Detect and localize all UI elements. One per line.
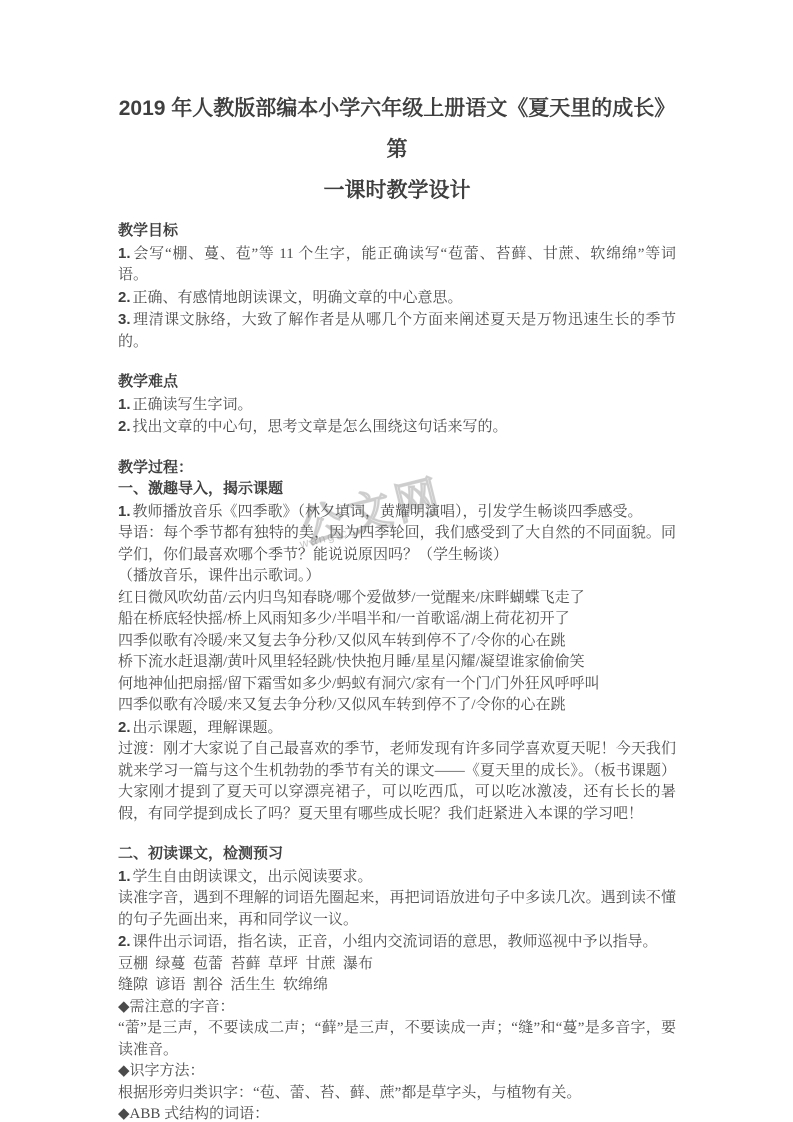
part2-heading: 二、初读课文，检测预习 <box>118 844 676 866</box>
list-number: 2. <box>118 719 131 736</box>
goal-item: 1.会写“棚、蔓、苞”等 11 个生字，能正确读写“苞蕾、苔藓、甘蔗、软绵绵”等… <box>118 243 676 287</box>
part2-item2: 2.课件出示词语，指名读，正音，小组内交流词语的意思，教师巡视中予以指导。 <box>118 931 676 954</box>
goals-heading: 教学目标 <box>118 221 676 243</box>
goal-text: 会写“棚、蔓、苞”等 11 个生字，能正确读写“苞蕾、苔藓、甘蔗、软绵绵”等词语… <box>118 246 676 284</box>
list-number: 3. <box>118 311 131 328</box>
lyric-line: 船在桥底轻快摇/桥上风雨知多少/半唱半和/一首歌谣/湖上荷花初开了 <box>118 609 676 631</box>
literacy-method-heading: ◆识字方法： <box>118 1061 676 1083</box>
pronunciation-note: “蕾”是三声，不要读成二声；“藓”是三声，不要读成一声；“缝”和“蔓”是多音字，… <box>118 1018 676 1061</box>
list-number: 1. <box>118 396 131 413</box>
title-line-2: 一课时教学设计 <box>118 170 676 211</box>
goal-text: 理清课文脉络，大致了解作者是从哪几个方面来阐述夏天是万物迅速生长的季节的。 <box>118 312 676 350</box>
part1-item1-text: 教师播放音乐《四季歌》（林夕填词，黄耀明演唱），引发学生畅谈四季感受。 <box>133 504 643 520</box>
difficulties-section: 教学难点 1.正确读写生字词。 2.找出文章的中心句，思考文章是怎么围绕这句话来… <box>118 372 676 439</box>
literacy-method-note: 根据形旁归类识字：“苞、蕾、苔、藓、蔗”都是草字头，与植物有关。 <box>118 1083 676 1105</box>
part2-item1-text: 学生自由朗读课文，出示阅读要求。 <box>133 869 373 885</box>
lyric-line: 何地神仙把扇摇/留下霜雪如多少/蚂蚁有洞穴/家有一个门/门外狂风呼呼叫 <box>118 674 676 696</box>
part1-item2-text: 出示课题，理解课题。 <box>133 720 283 736</box>
part1-item2: 2.出示课题，理解课题。 <box>118 717 676 740</box>
document-page: 2019 年人教版部编本小学六年级上册语文《夏天里的成长》第 一课时教学设计 教… <box>0 0 793 1122</box>
part1-heading: 一、激趣导入，揭示课题 <box>118 479 676 501</box>
difficulties-heading: 教学难点 <box>118 372 676 394</box>
document-title: 2019 年人教版部编本小学六年级上册语文《夏天里的成长》第 一课时教学设计 <box>118 88 676 211</box>
part1-play-note: （播放音乐，课件出示歌词。） <box>118 566 676 588</box>
part2-section: 二、初读课文，检测预习 1.学生自由朗读课文，出示阅读要求。 读准字音，遇到不理… <box>118 844 676 1122</box>
goal-item: 3.理清课文脉络，大致了解作者是从哪几个方面来阐述夏天是万物迅速生长的季节的。 <box>118 309 676 353</box>
list-number: 1. <box>118 868 131 885</box>
difficulty-text: 找出文章的中心句，思考文章是怎么围绕这句话来写的。 <box>133 419 508 435</box>
part2-reading-requirement: 读准字音，遇到不理解的词语先圈起来，再把词语放进句子中多读几次。遇到读不懂的句子… <box>118 888 676 931</box>
list-number: 1. <box>118 245 131 262</box>
part1-transition: 过渡：刚才大家说了自己最喜欢的季节，老师发现有许多同学喜欢夏天呢！今天我们就来学… <box>118 739 676 825</box>
difficulty-text: 正确读写生字词。 <box>133 397 253 413</box>
lyric-line: 桥下流水赶退潮/黄叶风里轻轻跳/快快抱月睡/星星闪耀/凝望谁家偷偷笑 <box>118 652 676 674</box>
lyric-line: 四季似歌有冷暖/来又复去争分秒/又似风车转到停不了/令你的心在跳 <box>118 695 676 717</box>
goal-text: 正确、有感情地朗读课文，明确文章的中心意思。 <box>133 290 463 306</box>
process-section: 教学过程： 一、激趣导入，揭示课题 1.教师播放音乐《四季歌》（林夕填词，黄耀明… <box>118 458 676 826</box>
title-line-1: 2019 年人教版部编本小学六年级上册语文《夏天里的成长》第 <box>118 88 676 170</box>
part1-lead-in: 导语：每个季节都有独特的美，因为四季轮回，我们感受到了大自然的不同面貌。同学们，… <box>118 523 676 566</box>
part2-item2-text: 课件出示词语，指名读，正音，小组内交流词语的意思，教师巡视中予以指导。 <box>133 934 658 950</box>
word-list-line: 缝隙 谚语 割谷 活生生 软绵绵 <box>118 975 676 997</box>
difficulty-item: 1.正确读写生字词。 <box>118 394 676 417</box>
abb-words-heading: ◆ABB 式结构的词语： <box>118 1104 676 1122</box>
lyric-line: 红日微风吹幼苗/云内归鸟知春晓/哪个爱做梦/一觉醒来/床畔蝴蝶飞走了 <box>118 588 676 610</box>
list-number: 2. <box>118 418 131 435</box>
list-number: 2. <box>118 289 131 306</box>
part1-item1: 1.教师播放音乐《四季歌》（林夕填词，黄耀明演唱），引发学生畅谈四季感受。 <box>118 501 676 524</box>
lyric-line: 四季似歌有冷暖/来又复去争分秒/又似风车转到停不了/令你的心在跳 <box>118 631 676 653</box>
difficulty-item: 2.找出文章的中心句，思考文章是怎么围绕这句话来写的。 <box>118 416 676 439</box>
list-number: 2. <box>118 933 131 950</box>
list-number: 1. <box>118 503 131 520</box>
word-list-line: 豆棚 绿蔓 苞蕾 苔藓 草坪 甘蔗 瀑布 <box>118 954 676 976</box>
goal-item: 2.正确、有感情地朗读课文，明确文章的中心意思。 <box>118 287 676 310</box>
pronunciation-heading: ◆需注意的字音： <box>118 997 676 1019</box>
part2-item1: 1.学生自由朗读课文，出示阅读要求。 <box>118 866 676 889</box>
goals-section: 教学目标 1.会写“棚、蔓、苞”等 11 个生字，能正确读写“苞蕾、苔藓、甘蔗、… <box>118 221 676 353</box>
process-heading: 教学过程： <box>118 458 676 480</box>
